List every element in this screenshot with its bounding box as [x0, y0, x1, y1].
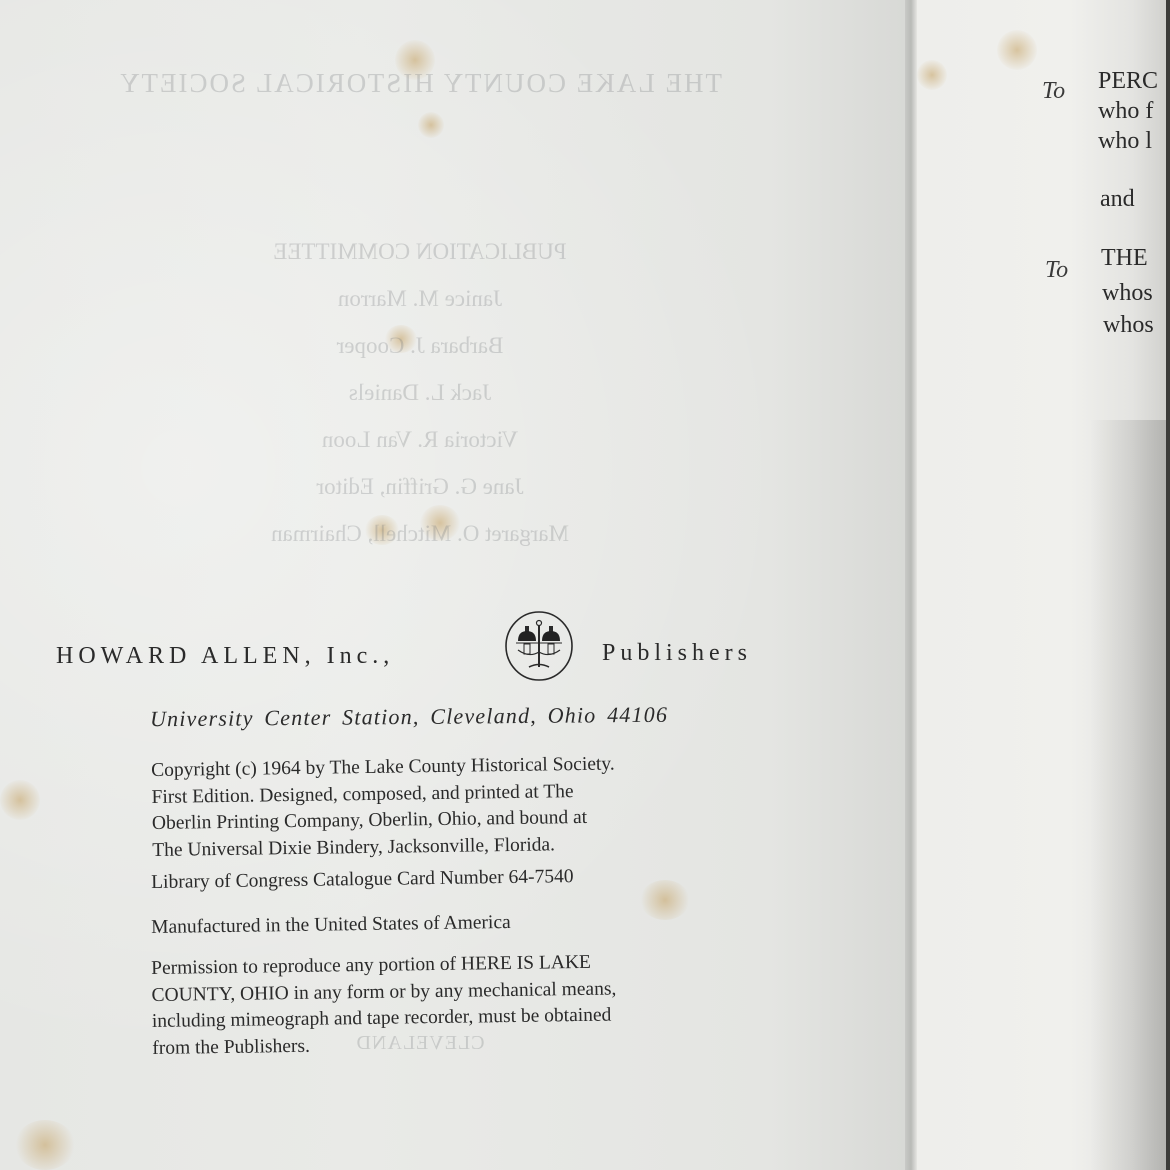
publisher-address: University Center Station, Cleveland, Oh… [150, 702, 668, 733]
show-through-member: Jack L. Daniels [230, 369, 610, 416]
publisher-name: HOWARD ALLEN, Inc., [56, 643, 394, 670]
right-page-dedication: To PERC who f who l and To THE whos whos [917, 0, 1170, 1170]
lccn-notice: Library of Congress Catalogue Card Numbe… [151, 862, 719, 896]
dedication-line: who l [1098, 128, 1152, 155]
page-shadow [1090, 420, 1170, 1170]
show-through-member: Margaret O. Mitchell, Chairman [230, 510, 610, 557]
lccn-text: Library of Congress Catalogue Card Numbe… [151, 862, 719, 896]
dedication-block: To PERC who f who l and To THE whos whos [917, 0, 1170, 400]
show-through-member: Barbara J. Cooper [230, 322, 610, 369]
dedication-connector: and [1100, 186, 1135, 213]
manufactured-notice: Manufactured in the United States of Ame… [151, 907, 719, 941]
copyright-notice: Copyright (c) 1964 by The Lake County Hi… [151, 750, 720, 864]
book-gutter [905, 0, 917, 1170]
foxing-stain [418, 112, 444, 138]
show-through-title: THE LAKE COUNTY HISTORICAL SOCIETY [100, 68, 740, 99]
show-through-committee: PUBLICATION COMMITTEE Janice M. Marron B… [230, 228, 610, 557]
manufactured-text: Manufactured in the United States of Ame… [151, 907, 719, 941]
dedication-line: who f [1098, 98, 1153, 125]
publishers-label: Publishers [602, 640, 752, 667]
show-through-member: Janice M. Marron [230, 275, 610, 322]
dedication-line: whos [1103, 312, 1154, 339]
page-edge [1166, 0, 1170, 1170]
permission-notice: Permission to reproduce any portion of H… [151, 948, 720, 1062]
dedication-line: whos [1102, 280, 1153, 307]
show-through-member: Victoria R. Van Loon [230, 416, 610, 463]
dedication-line: THE [1101, 245, 1148, 272]
left-page-copyright: THE LAKE COUNTY HISTORICAL SOCIETY PUBLI… [0, 0, 905, 1170]
show-through-committee-heading: PUBLICATION COMMITTEE [230, 228, 610, 275]
foxing-stain [0, 780, 40, 820]
dedication-line: PERC [1098, 68, 1158, 95]
foxing-stain [15, 1120, 75, 1170]
dedication-to: To [1045, 257, 1068, 284]
twin-lamp-emblem-icon [503, 610, 575, 682]
dedication-to: To [1042, 78, 1065, 105]
show-through-member: Jane G. Griffin, Editor [230, 463, 610, 510]
publisher-imprint: HOWARD ALLEN, Inc., Publishers [56, 640, 796, 690]
